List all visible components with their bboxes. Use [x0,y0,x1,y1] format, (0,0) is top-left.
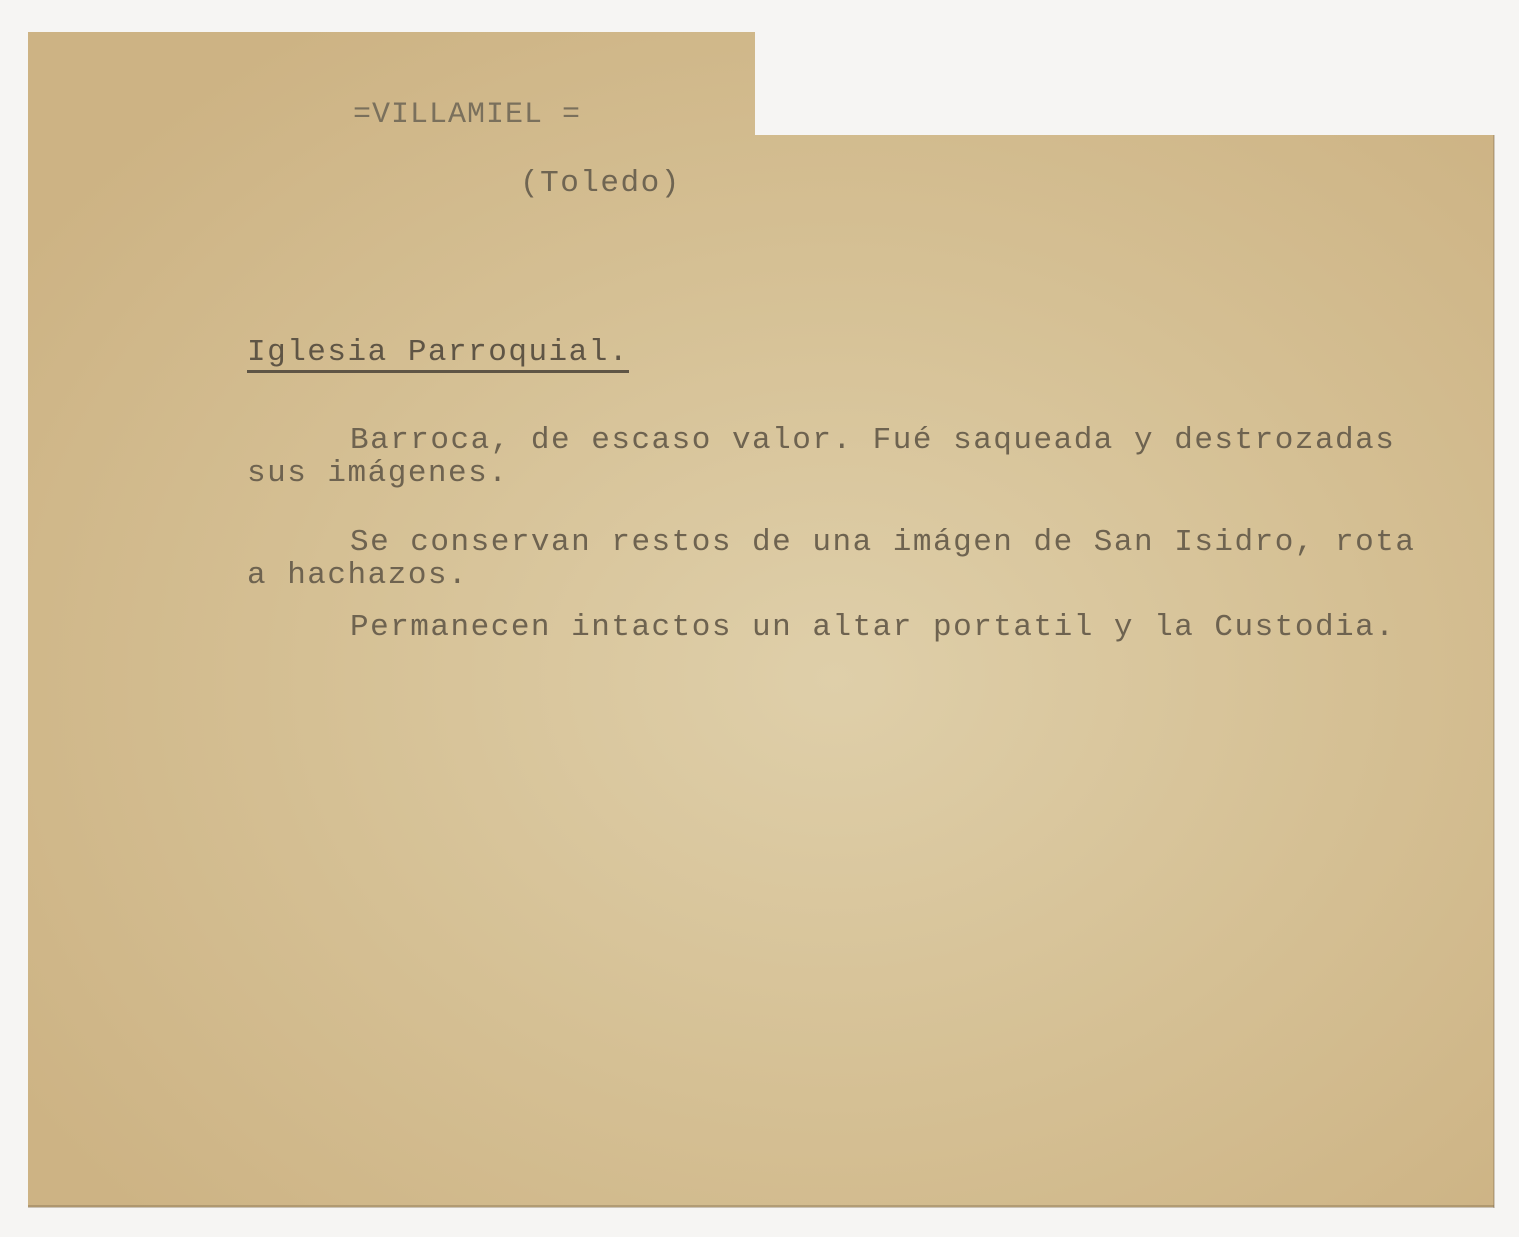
province-label: (Toledo) [520,168,681,199]
card-right-edge [1493,135,1495,1208]
paragraph-3-line-1: Permanecen intactos un altar portatil y … [350,612,1395,643]
card-bottom-edge [28,1205,1494,1208]
paragraph-2-line-1: Se conservan restos de una imágen de San… [350,527,1415,558]
section-heading: Iglesia Parroquial. [247,337,629,373]
paragraph-1-line-2: sus imágenes. [247,458,508,489]
paragraph-2-line-2: a hachazos. [247,560,468,591]
paragraph-1-line-1: Barroca, de escaso valor. Fué saqueada y… [350,425,1395,456]
card-title: =VILLAMIEL = [353,100,581,130]
